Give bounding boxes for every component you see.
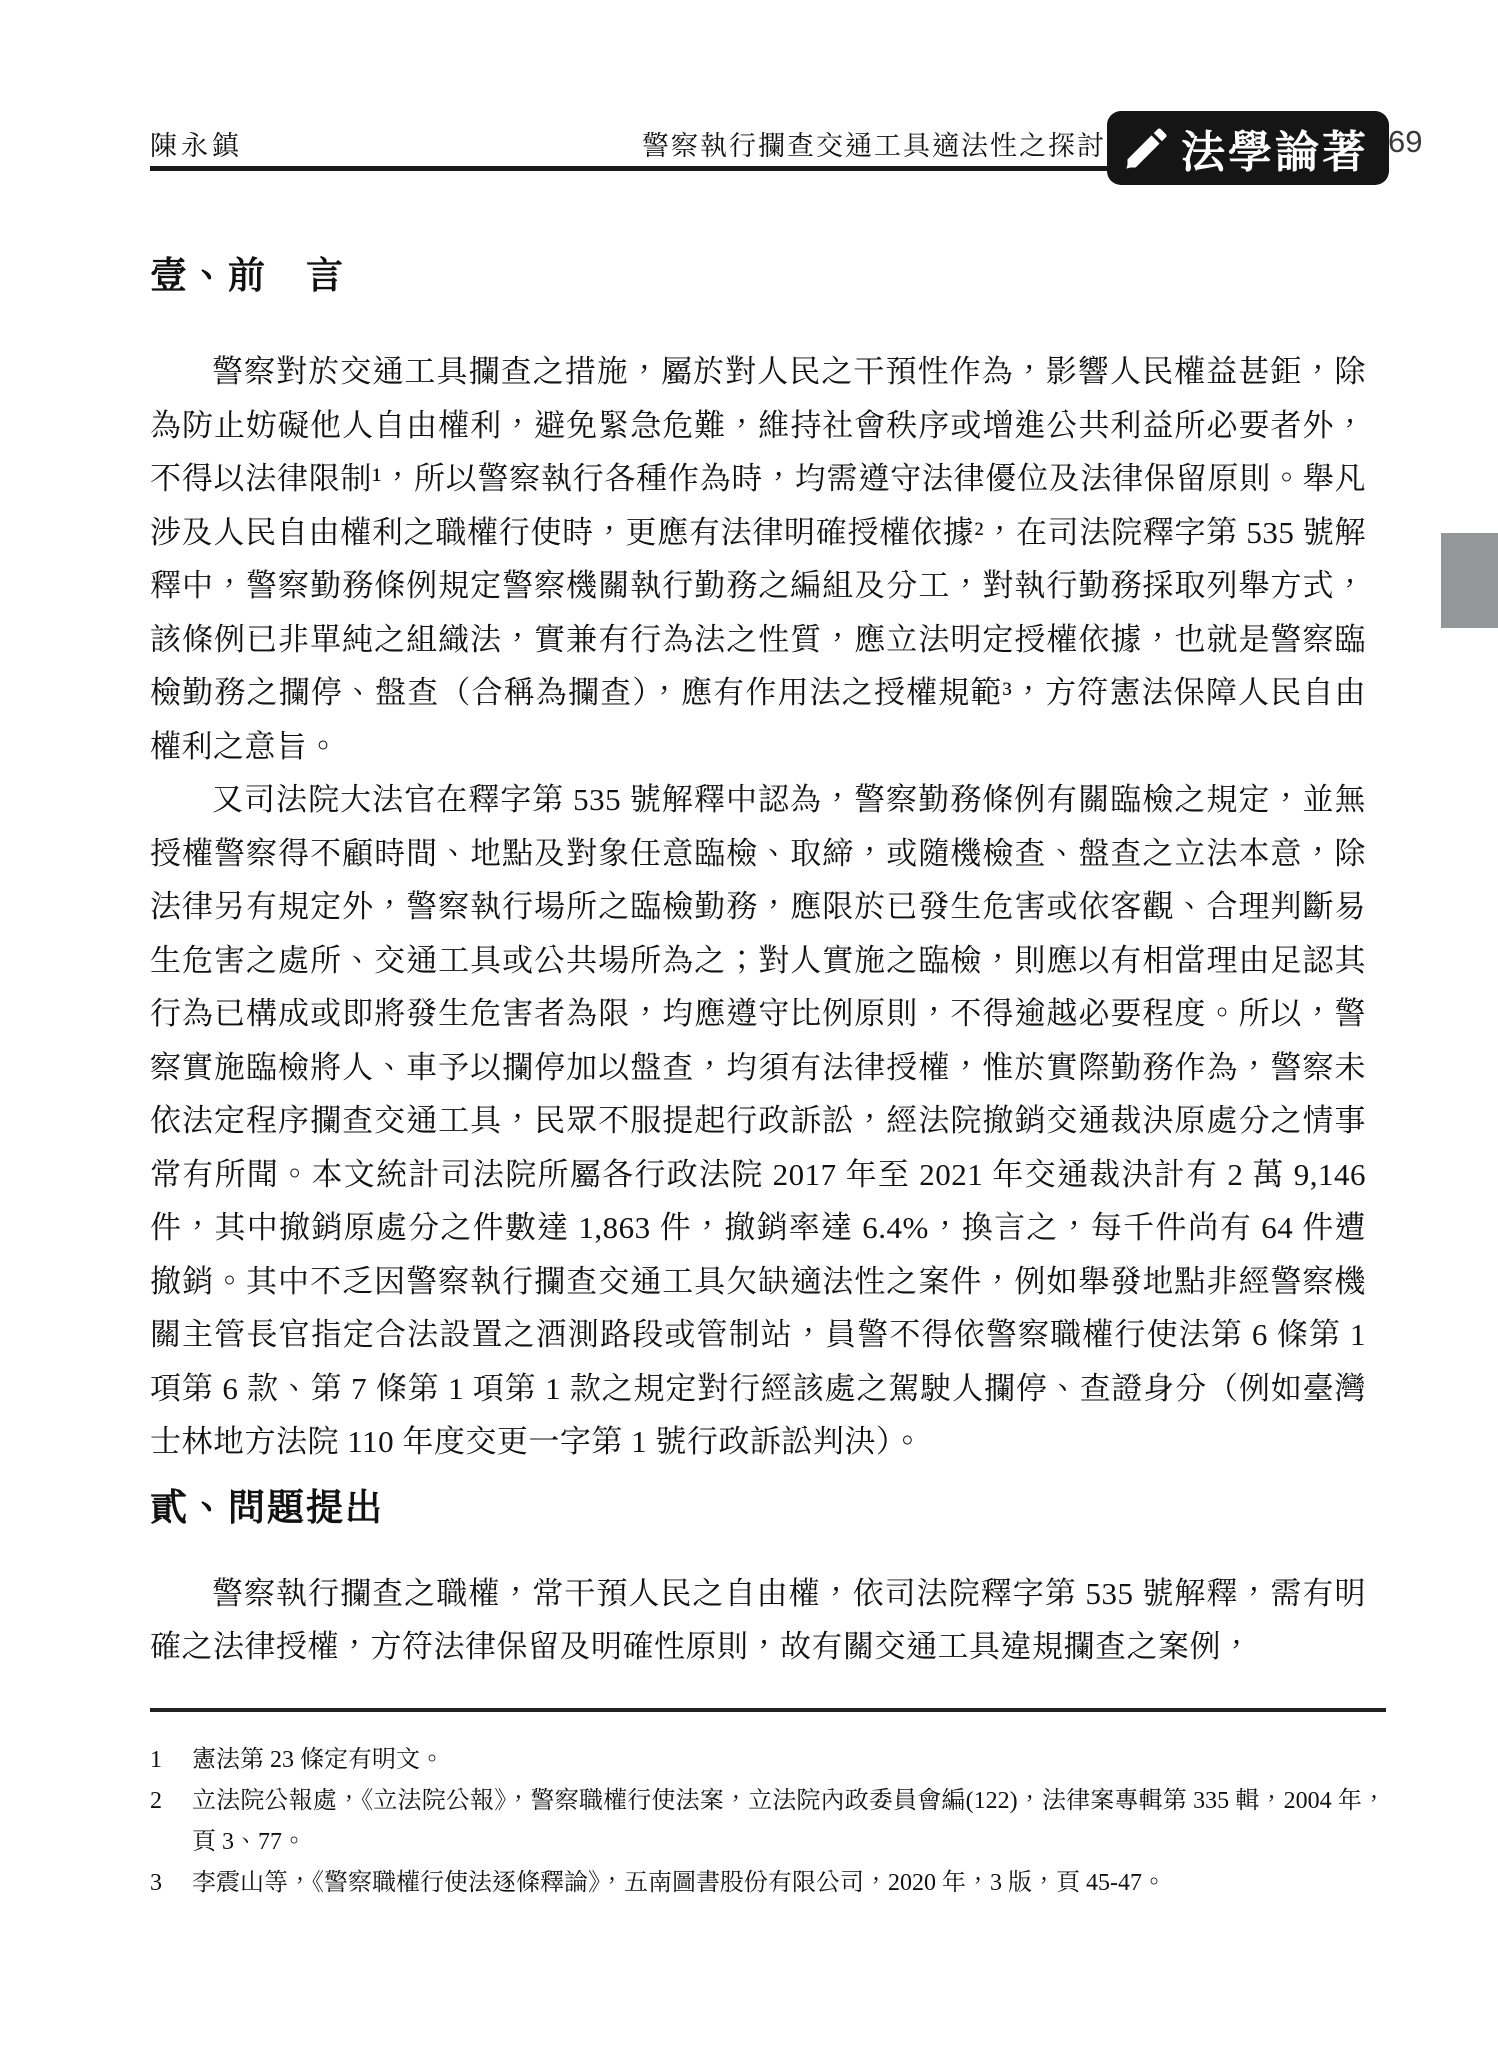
footnote-divider [150,1708,1386,1712]
side-tab-marker [1441,533,1498,628]
pen-icon [1121,122,1173,174]
column-badge-label: 法學論著 [1181,116,1369,180]
footnote-number: 3 [150,1863,192,1904]
footnote-text: 憲法第 23 條定有明文。 [192,1740,1386,1781]
header-author: 陳永鎮 [150,124,243,163]
section-heading-1: 壹、前 言 [150,255,1366,299]
section-heading-2: 貳、問題提出 [150,1487,1366,1531]
paragraph: 又司法院大法官在釋字第 535 號解釋中認為，警察勤務條例有關臨檢之規定，並無授… [150,773,1366,1469]
footnote-item: 2 立法院公報處，《立法院公報》，警察職權行使法案，立法院內政委員會編(122)… [150,1781,1386,1863]
footnote-item: 1 憲法第 23 條定有明文。 [150,1740,1386,1781]
footnote-text: 立法院公報處，《立法院公報》，警察職權行使法案，立法院內政委員會編(122)，法… [192,1781,1386,1863]
footnote-text: 李震山等，《警察職權行使法逐條釋論》，五南圖書股份有限公司，2020 年，3 版… [192,1863,1386,1904]
document-page: 陳永鎮 警察執行攔查交通工具適法性之探討 法學論著 69 壹、前 言 警察對於交… [0,0,1498,2048]
footnote-item: 3 李震山等，《警察職權行使法逐條釋論》，五南圖書股份有限公司，2020 年，3… [150,1863,1386,1904]
article-body: 壹、前 言 警察對於交通工具攔查之措施，屬於對人民之干預性作為，影響人民權益甚鉅… [150,255,1366,1674]
footnote-number: 2 [150,1781,192,1822]
column-badge: 法學論著 [1107,111,1389,185]
paragraph: 警察對於交通工具攔查之措施，屬於對人民之干預性作為，影響人民權益甚鉅，除為防止妨… [150,345,1366,773]
header-running-title: 警察執行攔查交通工具適法性之探討 [642,124,1106,163]
paragraph: 警察執行攔查之職權，常干預人民之自由權，依司法院釋字第 535 號解釋，需有明確… [150,1567,1366,1674]
page-number: 69 [1388,124,1422,160]
footnote-number: 1 [150,1740,192,1781]
footnotes-block: 1 憲法第 23 條定有明文。 2 立法院公報處，《立法院公報》，警察職權行使法… [150,1708,1386,1904]
